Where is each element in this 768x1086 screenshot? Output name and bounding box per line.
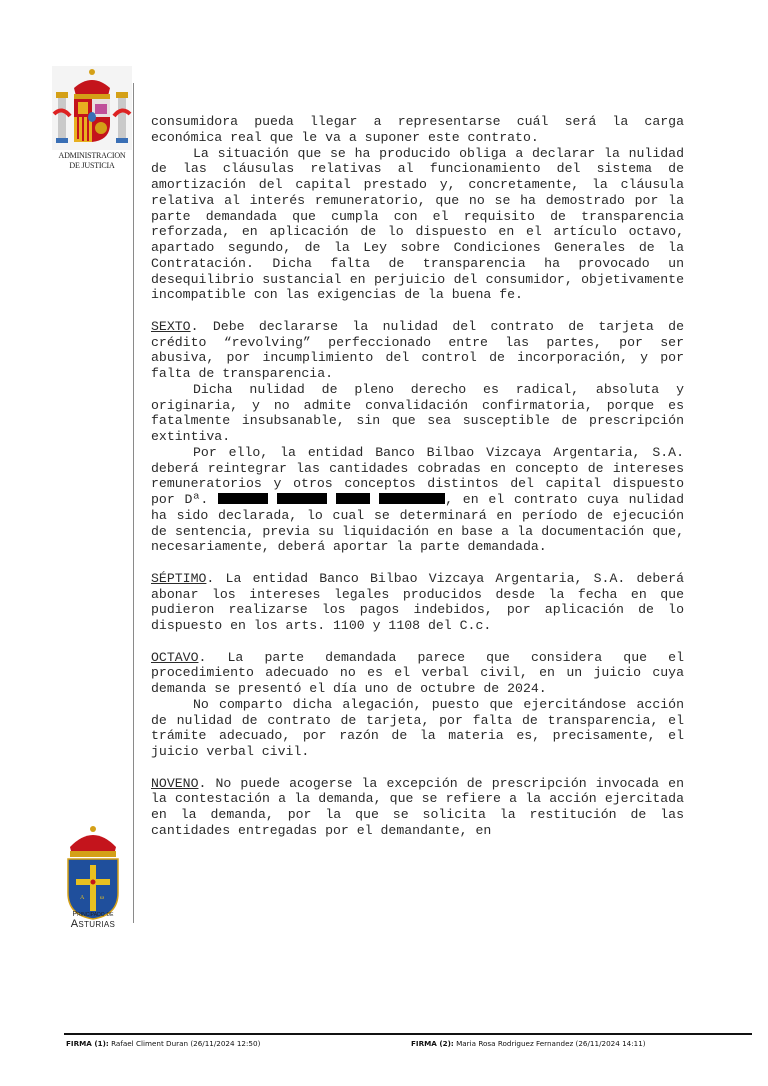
section-heading: SEXTO bbox=[151, 319, 191, 334]
redaction-block bbox=[379, 493, 445, 504]
redaction-block bbox=[336, 493, 370, 504]
section-noveno: NOVENO. No puede acogerse la excepción d… bbox=[151, 776, 684, 839]
signature-2: FIRMA (2): Maria Rosa Rodriguez Fernande… bbox=[411, 1039, 646, 1048]
section-heading: OCTAVO bbox=[151, 650, 198, 665]
section-heading: SÉPTIMO bbox=[151, 571, 206, 586]
margin-rule bbox=[133, 83, 134, 923]
footer-rule bbox=[64, 1033, 752, 1035]
svg-text:ω: ω bbox=[100, 895, 104, 901]
section-septimo: SÉPTIMO. La entidad Banco Bilbao Vizcaya… bbox=[151, 571, 684, 634]
paragraph: La situación que se ha producido obliga … bbox=[151, 146, 684, 304]
logo-caption-administracion: ADMINISTRACION DE JUSTICIA bbox=[50, 151, 134, 170]
paragraph: No comparto dicha alegación, puesto que … bbox=[151, 697, 684, 760]
redaction-block bbox=[218, 493, 268, 504]
paragraph: consumidora pueda llegar a representarse… bbox=[151, 114, 684, 146]
paragraph: Dicha nulidad de pleno derecho es radica… bbox=[151, 382, 684, 445]
paragraph: Por ello, la entidad Banco Bilbao Vizcay… bbox=[151, 445, 684, 555]
redaction-block bbox=[277, 493, 327, 504]
signature-1: FIRMA (1): Rafael Climent Duran (26/11/2… bbox=[66, 1039, 260, 1048]
logo-caption-asturias: Asturias bbox=[58, 918, 128, 930]
document-body: consumidora pueda llegar a representarse… bbox=[151, 114, 684, 839]
section-heading: NOVENO bbox=[151, 776, 198, 791]
svg-text:A: A bbox=[80, 895, 85, 901]
section-sexto: SEXTO. Debe declararse la nulidad del co… bbox=[151, 319, 684, 382]
section-octavo: OCTAVO. La parte demandada parece que co… bbox=[151, 650, 684, 697]
